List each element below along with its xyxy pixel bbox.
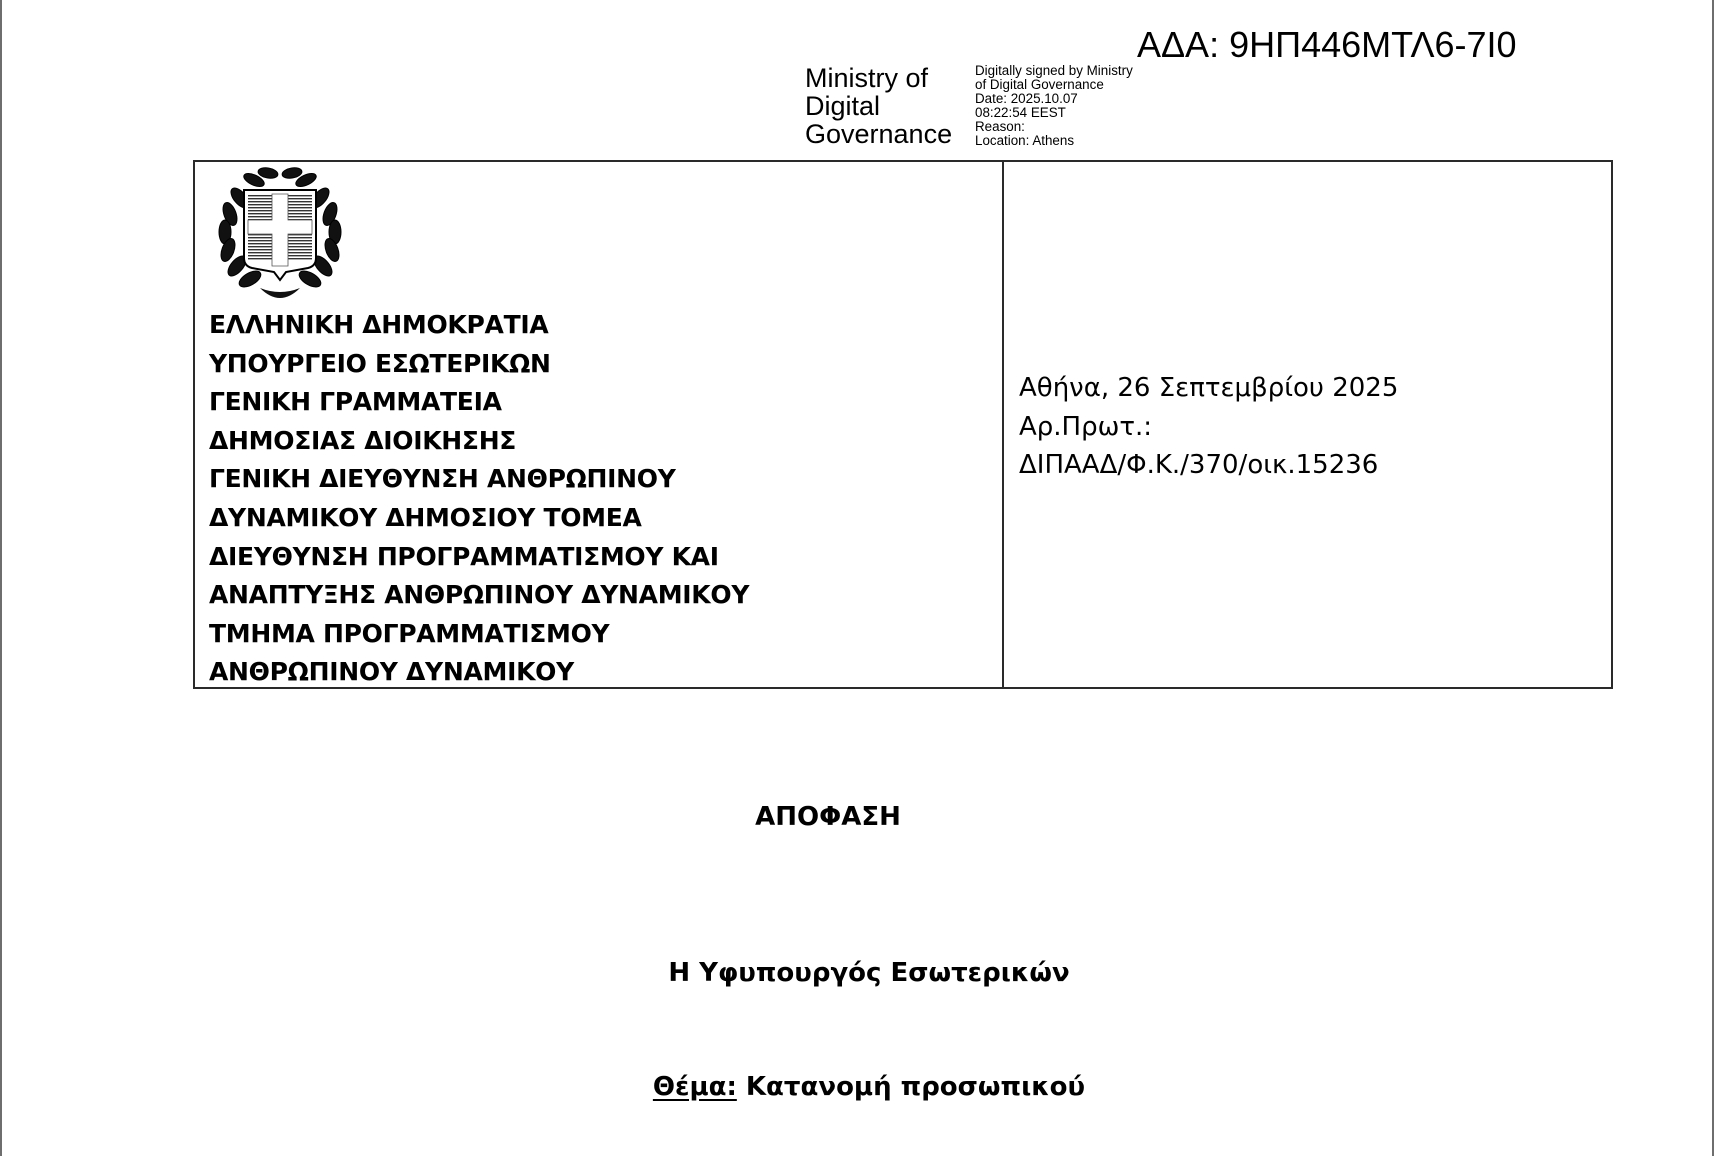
signer-title: Η Υφυπουργός Εσωτερικών: [0, 958, 1714, 988]
date-protocol-block: Αθήνα, 26 Σεπτεμβρίου 2025 Αρ.Πρωτ.: ΔΙΠ…: [1019, 369, 1398, 485]
authority-line: ΔΙΕΥΘΥΝΣΗ ΠΡΟΓΡΑΜΜΑΤΙΣΜΟΥ ΚΑΙ: [209, 538, 749, 577]
signature-detail-line: Reason:: [975, 120, 1133, 134]
signature-detail-line: of Digital Governance: [975, 78, 1133, 92]
authority-line: ΥΠΟΥΡΓΕΙΟ ΕΣΩΤΕΡΙΚΩΝ: [209, 345, 749, 384]
letterhead-divider: [1002, 160, 1004, 689]
signature-signer: Ministry of Digital Governance: [805, 64, 952, 148]
subject-line: Θέμα: Κατανομή προσωπικού: [0, 1072, 1714, 1102]
authority-line: ΕΛΛΗΝΙΚΗ ΔΗΜΟΚΡΑΤΙΑ: [209, 306, 749, 345]
authority-line: ΑΝΑΠΤΥΞΗΣ ΑΝΘΡΩΠΙΝΟΥ ΔΥΝΑΜΙΚΟΥ: [209, 576, 749, 615]
greek-coat-of-arms-icon: [210, 162, 350, 302]
protocol-number: ΔΙΠΑΑΔ/Φ.Κ./370/οικ.15236: [1019, 446, 1398, 485]
authority-line: ΑΝΘΡΩΠΙΝΟΥ ΔΥΝΑΜΙΚΟΥ: [209, 653, 749, 692]
issuing-authority: ΕΛΛΗΝΙΚΗ ΔΗΜΟΚΡΑΤΙΑ ΥΠΟΥΡΓΕΙΟ ΕΣΩΤΕΡΙΚΩΝ…: [209, 306, 749, 692]
subject-label: Θέμα:: [653, 1072, 737, 1102]
signature-detail-line: Date: 2025.10.07: [975, 92, 1133, 106]
authority-line: ΓΕΝΙΚΗ ΓΡΑΜΜΑΤΕΙΑ: [209, 383, 749, 422]
subject-text: Κατανομή προσωπικού: [737, 1072, 1085, 1102]
authority-line: ΓΕΝΙΚΗ ΔΙΕΥΘΥΝΣΗ ΑΝΘΡΩΠΙΝΟΥ: [209, 460, 749, 499]
ada-code: ΑΔΑ: 9ΗΠ446ΜΤΛ6-7Ι0: [1137, 24, 1517, 66]
signer-line: Governance: [805, 120, 952, 148]
authority-line: ΔΗΜΟΣΙΑΣ ΔΙΟΙΚΗΣΗΣ: [209, 422, 749, 461]
signature-details: Digitally signed by Ministry of Digital …: [975, 64, 1133, 148]
signer-line: Digital: [805, 92, 952, 120]
authority-line: ΤΜΗΜΑ ΠΡΟΓΡΑΜΜΑΤΙΣΜΟΥ: [209, 615, 749, 654]
authority-line: ΔΥΝΑΜΙΚΟΥ ΔΗΜΟΣΙΟΥ ΤΟΜΕΑ: [209, 499, 749, 538]
signature-detail-line: Location: Athens: [975, 134, 1133, 148]
signer-line: Ministry of: [805, 64, 952, 92]
signature-detail-line: Digitally signed by Ministry: [975, 64, 1133, 78]
place-date: Αθήνα, 26 Σεπτεμβρίου 2025: [1019, 369, 1398, 408]
decision-title: ΑΠΟΦΑΣΗ: [0, 802, 1656, 832]
signature-detail-line: 08:22:54 EEST: [975, 106, 1133, 120]
protocol-label: Αρ.Πρωτ.:: [1019, 408, 1398, 447]
